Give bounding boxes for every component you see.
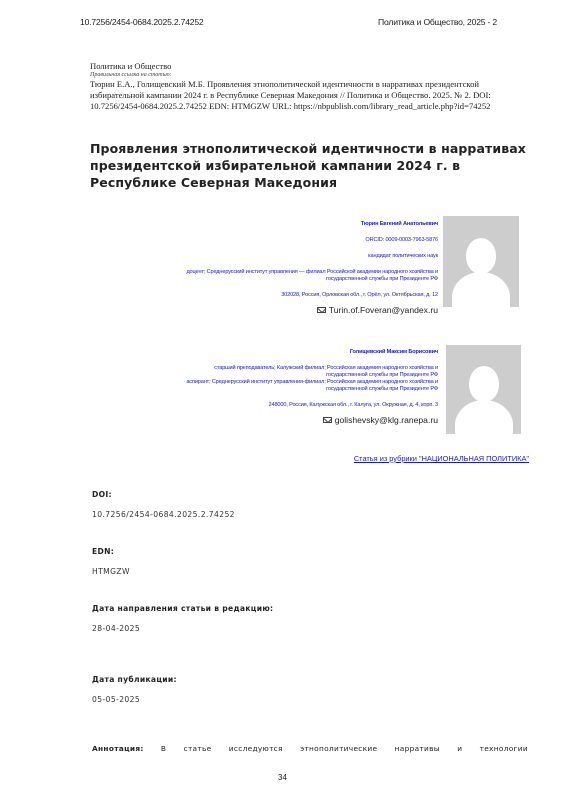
abstract-word: В xyxy=(161,744,166,753)
submitted-date-label: Дата направления статьи в редакцию: xyxy=(92,604,273,613)
doi-label: DOI: xyxy=(92,490,235,499)
edn-label: EDN: xyxy=(92,547,130,556)
edn-section: EDN: HTMGZW xyxy=(92,547,130,576)
published-date-value: 05-05-2025 xyxy=(92,695,177,704)
user-placeholder-body xyxy=(455,400,513,434)
user-placeholder-icon xyxy=(466,238,496,274)
author-photo-placeholder xyxy=(443,216,519,307)
submitted-date-section: Дата направления статьи в редакцию: 28-0… xyxy=(92,604,273,633)
citation-label: Правильная ссылка на статью: xyxy=(90,71,530,79)
abstract-word: и xyxy=(457,744,462,753)
author-orcid[interactable]: ORCID: 0009-0003-7963-5876 xyxy=(186,237,438,244)
author-address: 302028, Россия, Орловская обл., г. Орёл,… xyxy=(186,292,438,299)
author-email-row[interactable]: golishevsky@klg.ranepa.ru xyxy=(186,417,438,424)
author-position: аспирант; Среднерусский институт управле… xyxy=(186,379,438,386)
author-name: Тюрин Евгений Анатольевич xyxy=(186,221,438,228)
author-address: 248000, Россия, Калужская обл., г. Калуг… xyxy=(186,402,438,409)
user-placeholder-icon xyxy=(469,366,499,402)
citation-text: Тюрин Е.А., Голищевский М.Б. Проявления … xyxy=(90,79,530,111)
title-line: Проявления этнополитической идентичности… xyxy=(90,140,530,157)
author-position: старший преподаватель; Калужский филиал;… xyxy=(186,365,438,372)
abstract-word: исследуются xyxy=(229,744,283,753)
author-position: доцент; Среднерусский институт управлени… xyxy=(186,269,438,276)
title-line: президентской избирательной кампании 202… xyxy=(90,157,530,174)
author-degree: кандидат политических наук xyxy=(186,253,438,260)
page-number: 34 xyxy=(0,773,565,782)
doi-section: DOI: 10.7256/2454-0684.2025.2.74252 xyxy=(92,490,235,519)
abstract-word: этнополитические xyxy=(300,744,377,753)
citation-line: Тюрин Е.А., Голищевский М.Б. Проявления … xyxy=(90,79,530,90)
author-card-golishevsky: Голищевский Максим Борисович старший пре… xyxy=(186,349,438,424)
rubric-link[interactable]: Статья из рубрики "НАЦИОНАЛЬНАЯ ПОЛИТИКА… xyxy=(354,454,529,463)
abstract-word: технологии xyxy=(480,744,528,753)
edn-value: HTMGZW xyxy=(92,567,130,576)
author-position: государственной службы при Президенте РФ xyxy=(186,276,438,283)
doi-value: 10.7256/2454-0684.2025.2.74252 xyxy=(92,510,235,519)
user-placeholder-body xyxy=(452,272,510,307)
citation-line: 10.7256/2454-0684.2025.2.74252 EDN: HTMG… xyxy=(90,101,530,112)
envelope-icon xyxy=(323,417,332,423)
author-position: государственной службы при Президенте РФ xyxy=(186,372,438,379)
published-date-section: Дата публикации: 05-05-2025 xyxy=(92,675,177,704)
running-header-journal-issue: Политика и Общество, 2025 - 2 xyxy=(378,17,497,27)
author-name: Голищевский Максим Борисович xyxy=(186,349,438,356)
abstract-word: нарративы xyxy=(395,744,440,753)
envelope-icon xyxy=(317,307,326,313)
author-position: государственной службы при Президенте РФ xyxy=(186,386,438,393)
abstract: Аннотация: В статье исследуются этнополи… xyxy=(92,744,528,753)
article-title: Проявления этнополитической идентичности… xyxy=(90,140,530,191)
abstract-word: статье xyxy=(184,744,212,753)
abstract-label: Аннотация: xyxy=(92,744,144,753)
author-card-turin: Тюрин Евгений Анатольевич ORCID: 0009-00… xyxy=(186,221,438,314)
running-header-doi: 10.7256/2454-0684.2025.2.74252 xyxy=(80,17,204,27)
published-date-label: Дата публикации: xyxy=(92,675,177,684)
title-line: Республике Северная Македония xyxy=(90,174,530,191)
citation-block: Политика и Общество Правильная ссылка на… xyxy=(90,61,530,111)
author-email[interactable]: golishevsky@klg.ranepa.ru xyxy=(335,415,438,425)
submitted-date-value: 28-04-2025 xyxy=(92,624,273,633)
author-email-row[interactable]: Turin.of.Foveran@yandex.ru xyxy=(186,307,438,314)
journal-name: Политика и Общество xyxy=(90,61,530,71)
author-email[interactable]: Turin.of.Foveran@yandex.ru xyxy=(329,305,438,315)
author-photo-placeholder xyxy=(446,345,521,434)
citation-line: избирательной кампании 2024 г. в Республ… xyxy=(90,90,530,101)
